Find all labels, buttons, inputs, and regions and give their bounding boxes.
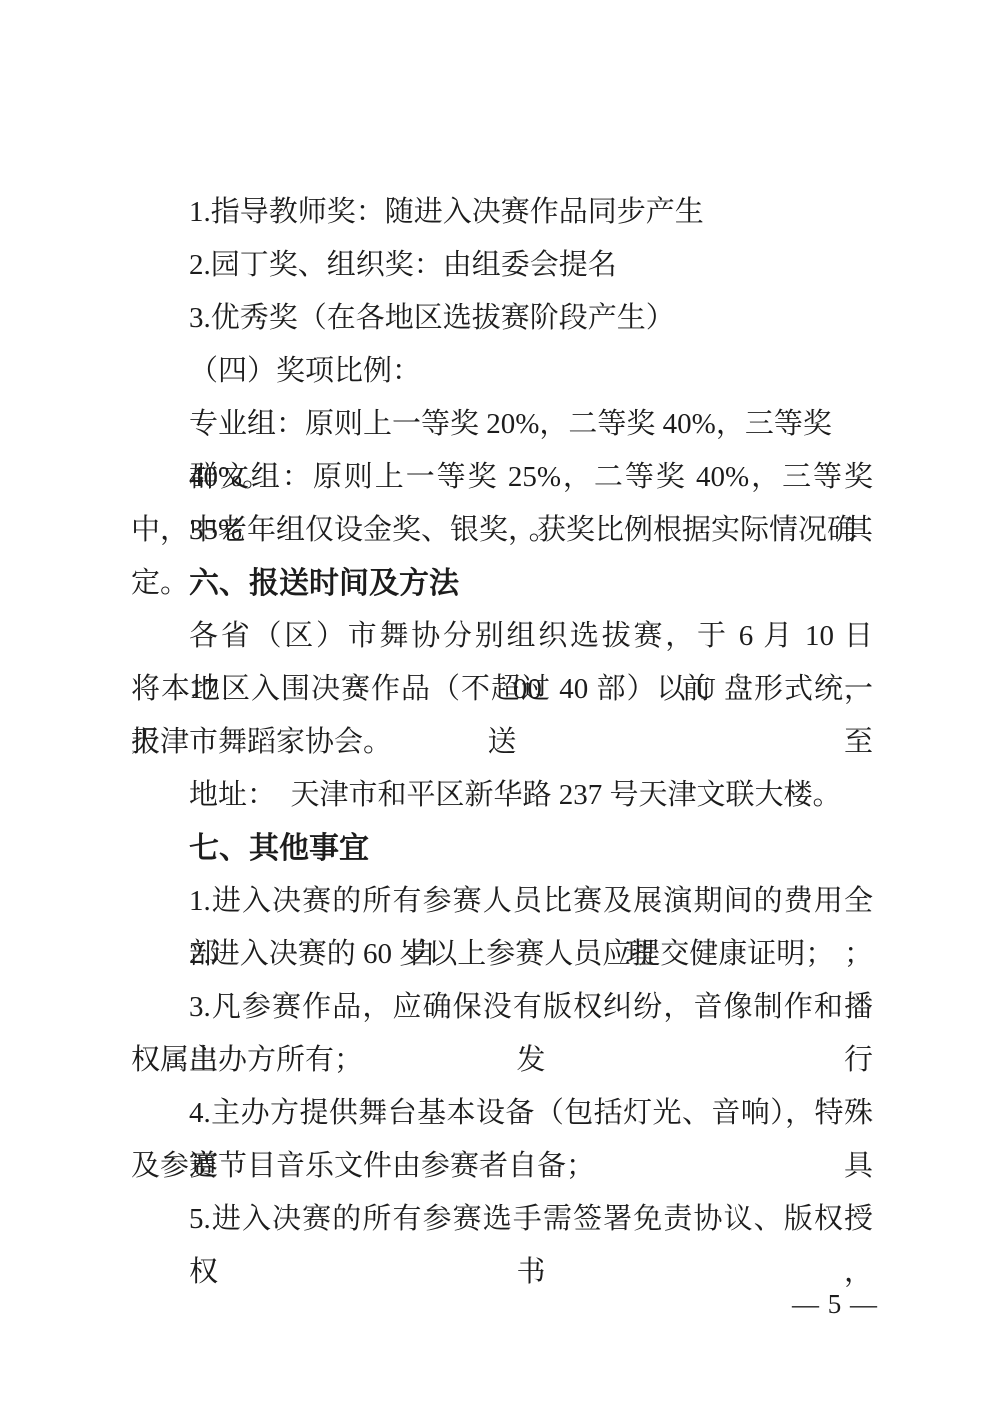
text-line: 地址： 天津市和平区新华路 237 号天津文联大楼。 [131,769,873,822]
text-line: 1.指导教师奖：随进入决赛作品同步产生 [131,186,873,239]
section-heading: 六、报送时间及方法 [131,557,873,610]
text-line: 2.进入决赛的 60 岁以上参赛人员应提交健康证明； [131,928,873,981]
text-line: 各省（区）市舞协分别组织选拔赛，于 6 月 10 日 17：00 前， [131,610,873,663]
text-line: 群文组：原则上一等奖 25%，二等奖 40%，三等奖 35%。其 [131,451,873,504]
text-line: 3.优秀奖（在各地区选拔赛阶段产生） [131,292,873,345]
text-line: 5.进入决赛的所有参赛选手需签署免责协议、版权授权书， [131,1193,873,1246]
section-heading: 七、其他事宜 [131,822,873,875]
text-line: （四）奖项比例： [131,345,873,398]
text-line: 将本地区入围决赛作品（不超过 40 部）以 U 盘形式统一报送至 [131,663,873,716]
text-line: 2.园丁奖、组织奖：由组委会提名 [131,239,873,292]
document-page: 1.指导教师奖：随进入决赛作品同步产生2.园丁奖、组织奖：由组委会提名3.优秀奖… [0,0,1000,1414]
text-line: 1.进入决赛的所有参赛人员比赛及展演期间的费用全部自理； [131,875,873,928]
document-body: 1.指导教师奖：随进入决赛作品同步产生2.园丁奖、组织奖：由组委会提名3.优秀奖… [131,186,873,1246]
text-line: 专业组：原则上一等奖 20%，二等奖 40%，三等奖 40%。 [131,398,873,451]
text-line: 中，中老年组仅设金奖、银奖，获奖比例根据实际情况确定。 [131,504,873,557]
page-number: — 5 — [792,1287,878,1321]
text-line: 3.凡参赛作品，应确保没有版权纠纷，音像制作和播出发行 [131,981,873,1034]
text-line: 4.主办方提供舞台基本设备（包括灯光、音响），特殊道具 [131,1087,873,1140]
